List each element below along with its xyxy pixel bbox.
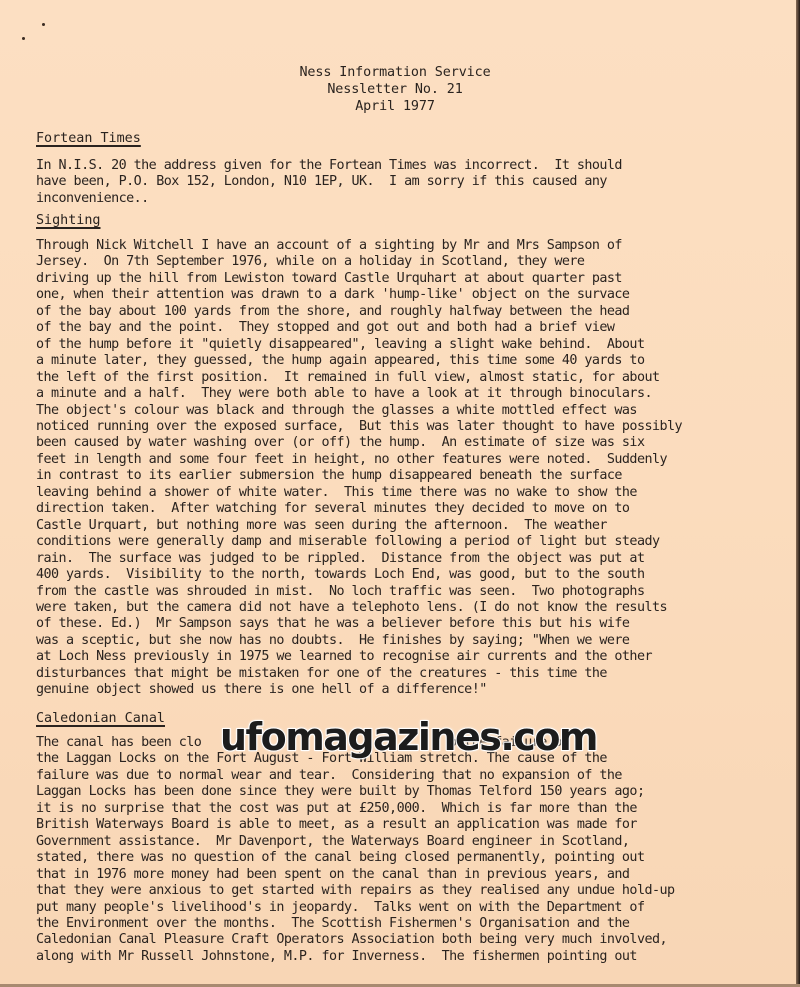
text-line: Laggan Locks has been done since they we… [36, 784, 796, 800]
text-line: Caledonian Canal Pleasure Craft Operator… [36, 932, 796, 948]
text-line: one, when their attention was drawn to a… [36, 287, 796, 303]
page-edge [796, 0, 800, 987]
text-line: a minute later, they guessed, the hump a… [36, 353, 796, 369]
issue-number: Nessletter No. 21 [0, 81, 790, 98]
text-line: put many people's livelihood's in jeopar… [36, 900, 796, 916]
text-line: Through Nick Witchell I have an account … [36, 238, 796, 254]
text-line: British Waterways Board is able to meet,… [36, 817, 796, 833]
text-line: along with Mr Russell Johnstone, M.P. fo… [36, 949, 796, 965]
section-heading-fortean-times: Fortean Times [36, 131, 141, 146]
section-body-sighting: Through Nick Witchell I have an account … [36, 238, 796, 699]
text-line: driving up the hill from Lewiston toward… [36, 271, 796, 287]
newsletter-header: Ness Information Service Nessletter No. … [0, 64, 790, 115]
section-heading-sighting: Sighting [36, 213, 101, 228]
issue-date: April 1977 [0, 98, 790, 115]
text-line: stated, there was no question of the can… [36, 850, 796, 866]
text-line: Government assistance. Mr Davenport, the… [36, 834, 796, 850]
text-line: it is no surprise that the cost was put … [36, 801, 796, 817]
text-line: from the castle was shrouded in mist. No… [36, 584, 796, 600]
text-line: Jersey. On 7th September 1976, while on … [36, 254, 796, 270]
text-line: was a sceptic, but she now has no doubts… [36, 633, 796, 649]
text-line: of the bay and the point. They stopped a… [36, 320, 796, 336]
text-line: of the hump before it "quietly disappear… [36, 337, 796, 353]
publisher-name: Ness Information Service [0, 64, 790, 81]
text-line: genuine object showed us there is one he… [36, 682, 796, 698]
text-line: Castle Urquart, but nothing more was see… [36, 518, 796, 534]
text-line: failure was due to normal wear and tear.… [36, 768, 796, 784]
text-line: noticed running over the exposed surface… [36, 419, 796, 435]
text-line: direction taken. After watching for seve… [36, 501, 796, 517]
text-line: the left of the first position. It remai… [36, 370, 796, 386]
text-line: of the bay about 100 yards from the shor… [36, 304, 796, 320]
text-line: In N.I.S. 20 the address given for the F… [36, 158, 796, 174]
text-line: at Loch Ness previously in 1975 we learn… [36, 649, 796, 665]
text-line: have been, P.O. Box 152, London, N10 1EP… [36, 174, 796, 190]
text-line: in contrast to its earlier submersion th… [36, 468, 796, 484]
section-heading-caledonian-canal: Caledonian Canal [36, 711, 165, 726]
text-line: that in 1976 more money had been spent o… [36, 867, 796, 883]
text-line: leaving behind a shower of white water. … [36, 485, 796, 501]
text-line: been caused by water washing over (or of… [36, 435, 796, 451]
paper-speck [42, 23, 45, 26]
text-line: disturbances that might be mistaken for … [36, 666, 796, 682]
text-line: of these. Ed.) Mr Sampson says that he w… [36, 616, 796, 632]
watermark: ufomagazines.com [220, 717, 597, 757]
text-line: rain. The surface was judged to be rippl… [36, 551, 796, 567]
text-line: inconvenience.. [36, 191, 796, 207]
section-body-caledonian-canal: The canal has been clo o the failure oft… [36, 735, 796, 965]
paper-speck [22, 37, 25, 40]
text-line: a minute and a half. They were both able… [36, 386, 796, 402]
text-line: were taken, but the camera did not have … [36, 600, 796, 616]
text-line: conditions were generally damp and miser… [36, 534, 796, 550]
text-line: that they were anxious to get started wi… [36, 883, 796, 899]
text-line: feet in length and some four feet in hei… [36, 452, 796, 468]
section-body-fortean-times: In N.I.S. 20 the address given for the F… [36, 158, 796, 207]
text-line: The object's colour was black and throug… [36, 403, 796, 419]
text-line: the Environment over the months. The Sco… [36, 916, 796, 932]
text-line: 400 yards. Visibility to the north, towa… [36, 567, 796, 583]
